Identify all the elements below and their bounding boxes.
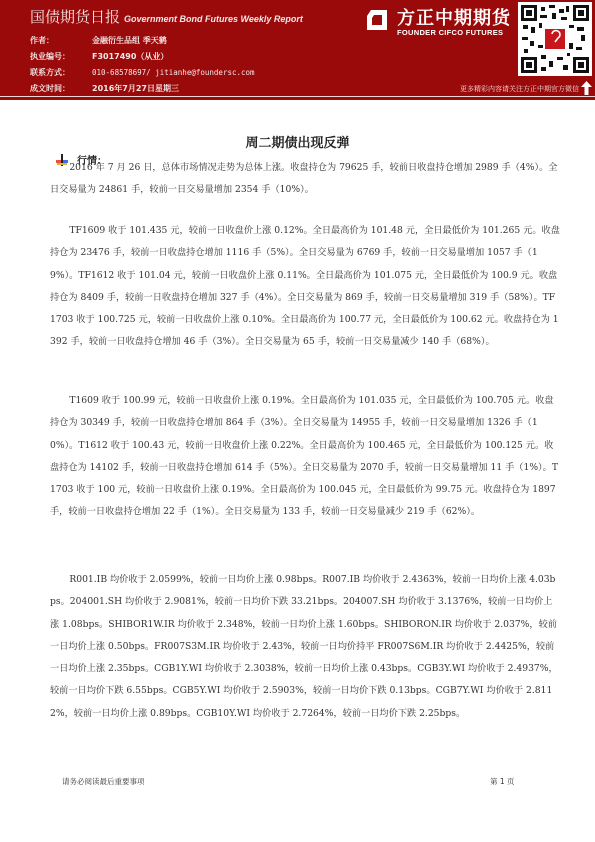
meta-value[interactable]: 010-68578697/ jitianhe@foundersc.com bbox=[92, 65, 255, 81]
paragraph-tf-contracts: TF1609 收于 101.435 元，较前一日收盘价上涨 0.12%。全日最高… bbox=[50, 220, 560, 354]
document-title: 周二期债出现反弹 bbox=[0, 132, 595, 151]
logo-name-cn: 方正中期期货 bbox=[397, 4, 511, 30]
report-meta: 作者： 金融衍生品组 季天鹤 执业编号： F3017490（从业） 联系方式： … bbox=[30, 33, 255, 97]
report-title-cn: 国债期货日报 bbox=[30, 8, 120, 26]
meta-contact: 联系方式： 010-68578697/ jitianhe@foundersc.c… bbox=[30, 65, 255, 81]
paragraph-rates: R001.IB 均价收于 2.0599%，较前一日均价上涨 0.98bps。R0… bbox=[50, 569, 560, 725]
meta-value: 金融衍生品组 季天鹤 bbox=[92, 33, 167, 49]
logo-mark-icon bbox=[365, 8, 389, 32]
meta-label: 作者： bbox=[30, 33, 92, 49]
report-header: 国债期货日报Government Bond Futures Weekly Rep… bbox=[0, 0, 595, 100]
logo-name-en: FOUNDER CIFCO FUTURES bbox=[397, 28, 503, 37]
page-number: 第 1 页 bbox=[490, 776, 515, 787]
paragraph-t-contracts: T1609 收于 100.99 元，较前一日收盘价上涨 0.19%。全日最高价为… bbox=[50, 390, 560, 524]
meta-value: 2016年7月27日星期三 bbox=[92, 81, 179, 97]
meta-license: 执业编号： F3017490（从业） bbox=[30, 49, 255, 65]
paragraph-summary: 2016 年 7 月 26 日，总体市场情况走势为总体上涨。收盘持仓为 7962… bbox=[50, 157, 560, 202]
follow-wechat-text: 更多精彩内容请关注方正中期官方微信 bbox=[460, 84, 579, 94]
meta-label: 联系方式： bbox=[30, 65, 92, 81]
company-logo: 方正中期期货 FOUNDER CIFCO FUTURES bbox=[365, 4, 515, 40]
wechat-qr-code[interactable] bbox=[518, 2, 592, 76]
meta-value: F3017490（从业） bbox=[92, 49, 168, 65]
report-title-en: Government Bond Futures Weekly Report bbox=[124, 14, 303, 24]
meta-author: 作者： 金融衍生品组 季天鹤 bbox=[30, 33, 255, 49]
header-divider bbox=[0, 96, 595, 97]
report-title: 国债期货日报Government Bond Futures Weekly Rep… bbox=[30, 6, 303, 27]
footer-disclaimer: 请务必阅读最后重要事项 bbox=[62, 776, 145, 787]
meta-date: 成文时间： 2016年7月27日星期三 bbox=[30, 81, 255, 97]
qr-code-icon bbox=[521, 5, 589, 73]
arrow-up-icon bbox=[581, 81, 592, 95]
meta-label: 执业编号： bbox=[30, 49, 92, 65]
meta-label: 成文时间： bbox=[30, 81, 92, 97]
